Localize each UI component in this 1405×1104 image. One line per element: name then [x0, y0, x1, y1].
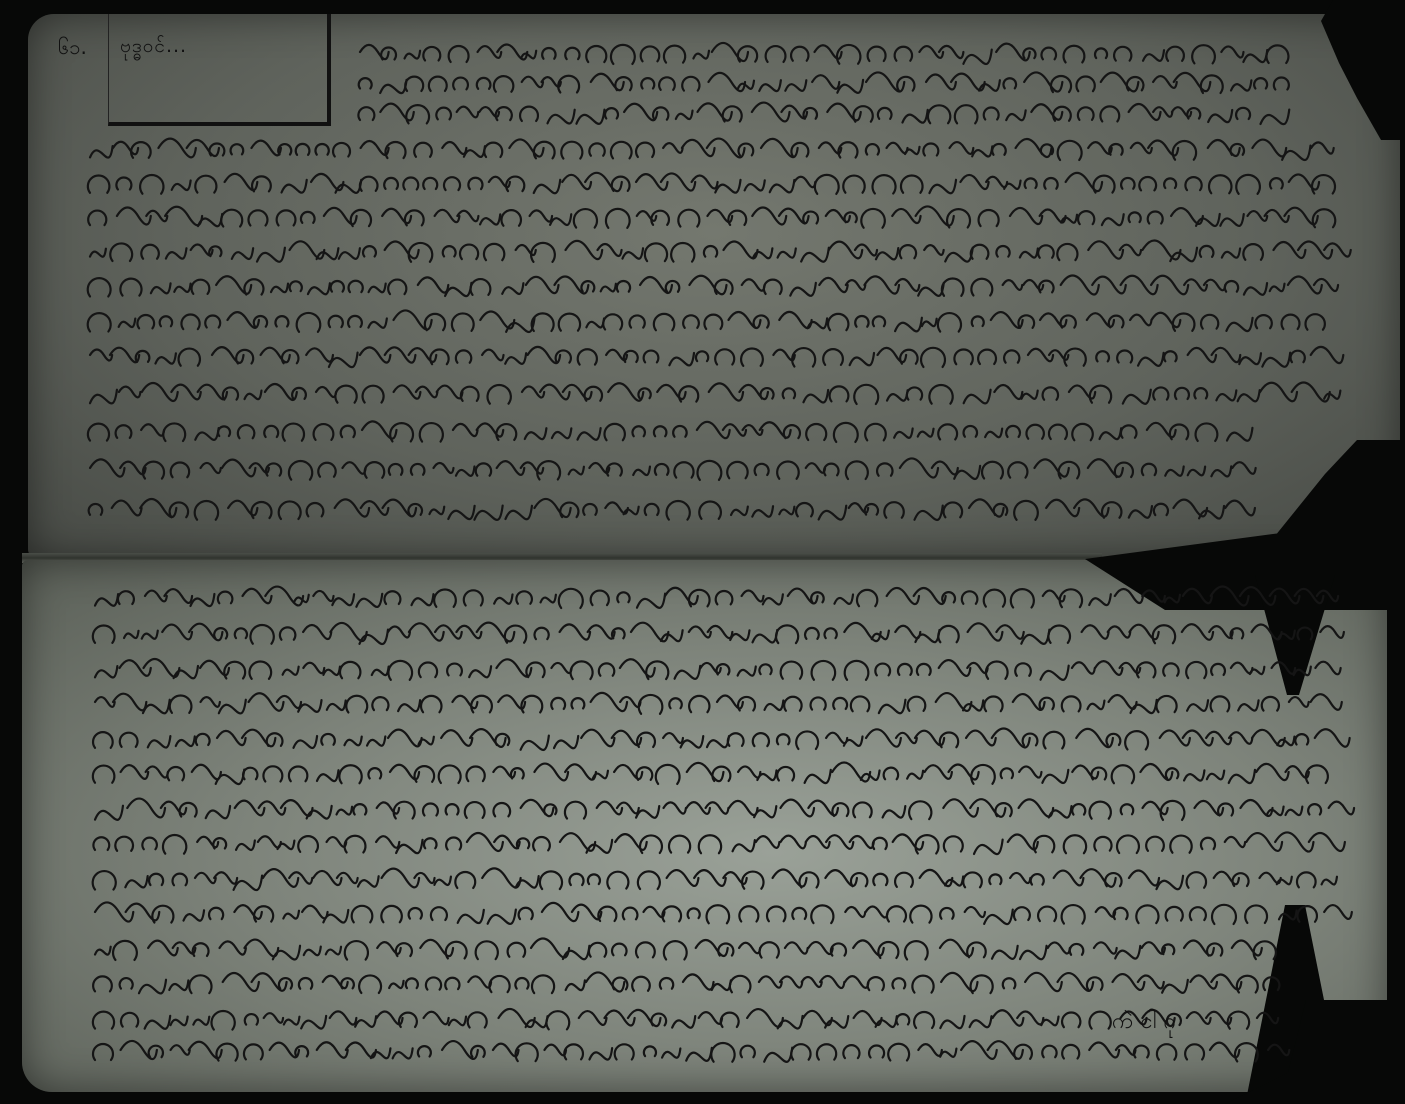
- page-number: ၆၁.: [58, 34, 87, 64]
- manuscript-leaf-bottom: [22, 560, 1387, 1092]
- marginal-annotation: ကဲ ငါ ဂု: [1112, 1006, 1176, 1039]
- header-box: [108, 14, 331, 126]
- header-title: ဗုဒ္ဓဝင်...: [120, 34, 187, 62]
